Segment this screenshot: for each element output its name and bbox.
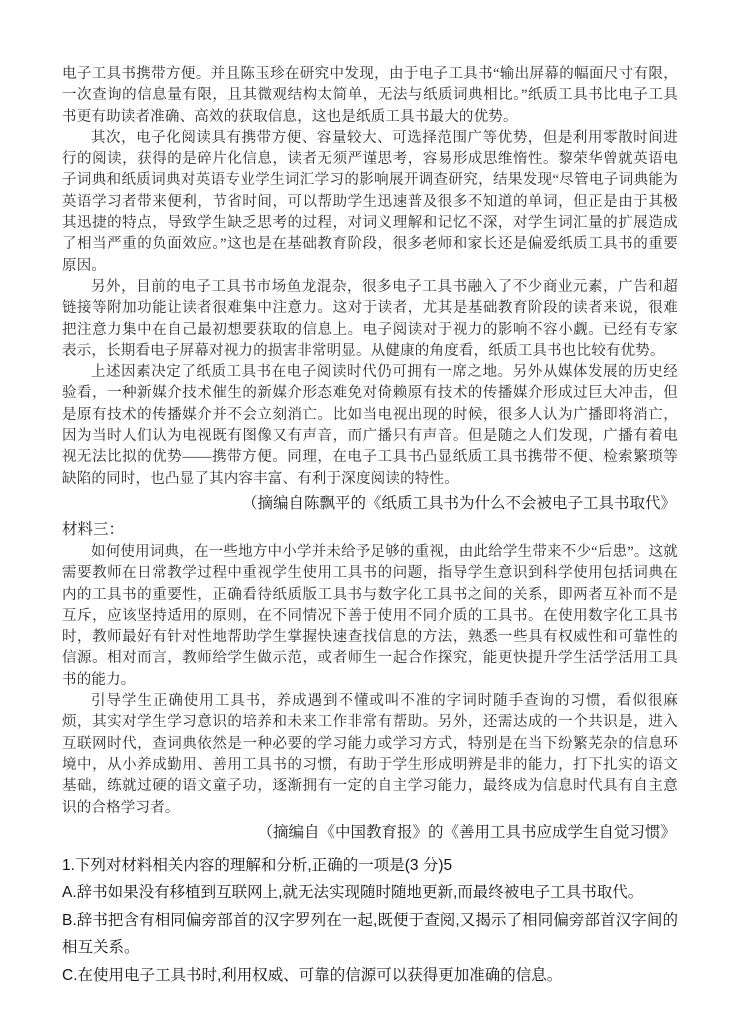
material-three-citation: （摘编自《中国教育报》的《善用工具书应成学生自觉习惯》 xyxy=(62,820,676,845)
material-two-paragraph: 电子工具书携带方便。并且陈玉珍在研究中发现，由于电子工具书“输出屏幕的幅面尺寸有… xyxy=(62,64,678,128)
material-two-section: 电子工具书携带方便。并且陈玉珍在研究中发现，由于电子工具书“输出屏幕的幅面尺寸有… xyxy=(62,64,678,490)
question-option-c: C.在使用电子工具书时,利用权威、可靠的信源可以获得更加准确的信息。 xyxy=(62,962,678,990)
material-two-paragraph: 其次，电子化阅读具有携带方便、容量较大、可选择范围广等优势，但是利用零散时间进行… xyxy=(62,128,678,277)
question-stem: 1.下列对材料相关内容的理解和分析,正确的一项是(3 分)5 xyxy=(62,852,678,880)
material-three-label: 材料三： xyxy=(62,517,678,542)
material-two-citation: （摘编自陈飘平的《纸质工具书为什么不会被电子工具书取代》 xyxy=(62,491,676,516)
document-page: 电子工具书携带方便。并且陈玉珍在研究中发现，由于电子工具书“输出屏幕的幅面尺寸有… xyxy=(0,0,737,1021)
material-two-paragraph: 另外，目前的电子工具书市场鱼龙混杂，很多电子工具书融入了不少商业元素，广告和超链… xyxy=(62,277,678,362)
material-three-paragraph: 引导学生正确使用工具书，养成遇到不懂或叫不准的字词时随手查询的习惯，看似很麻烦，… xyxy=(62,691,678,819)
question-option-b: B.辞书把含有相同偏旁部首的汉字罗列在一起,既便于查阅,又揭示了相同偏旁部首汉字… xyxy=(62,907,678,962)
material-two-paragraph: 上述因素决定了纸质工具书在电子阅读时代仍可拥有一席之地。另外从媒体发展的历史经验… xyxy=(62,362,678,490)
question-one: 1.下列对材料相关内容的理解和分析,正确的一项是(3 分)5 A.辞书如果没有移… xyxy=(62,852,678,990)
material-three-paragraph: 如何使用词典，在一些地方中小学并未给予足够的重视，由此给学生带来不少“后患”。这… xyxy=(62,542,678,691)
question-option-a: A.辞书如果没有移植到互联网上,就无法实现随时随地更新,而最终被电子工具书取代。 xyxy=(62,879,678,907)
material-three-section: 如何使用词典，在一些地方中小学并未给予足够的重视，由此给学生带来不少“后患”。这… xyxy=(62,542,678,819)
